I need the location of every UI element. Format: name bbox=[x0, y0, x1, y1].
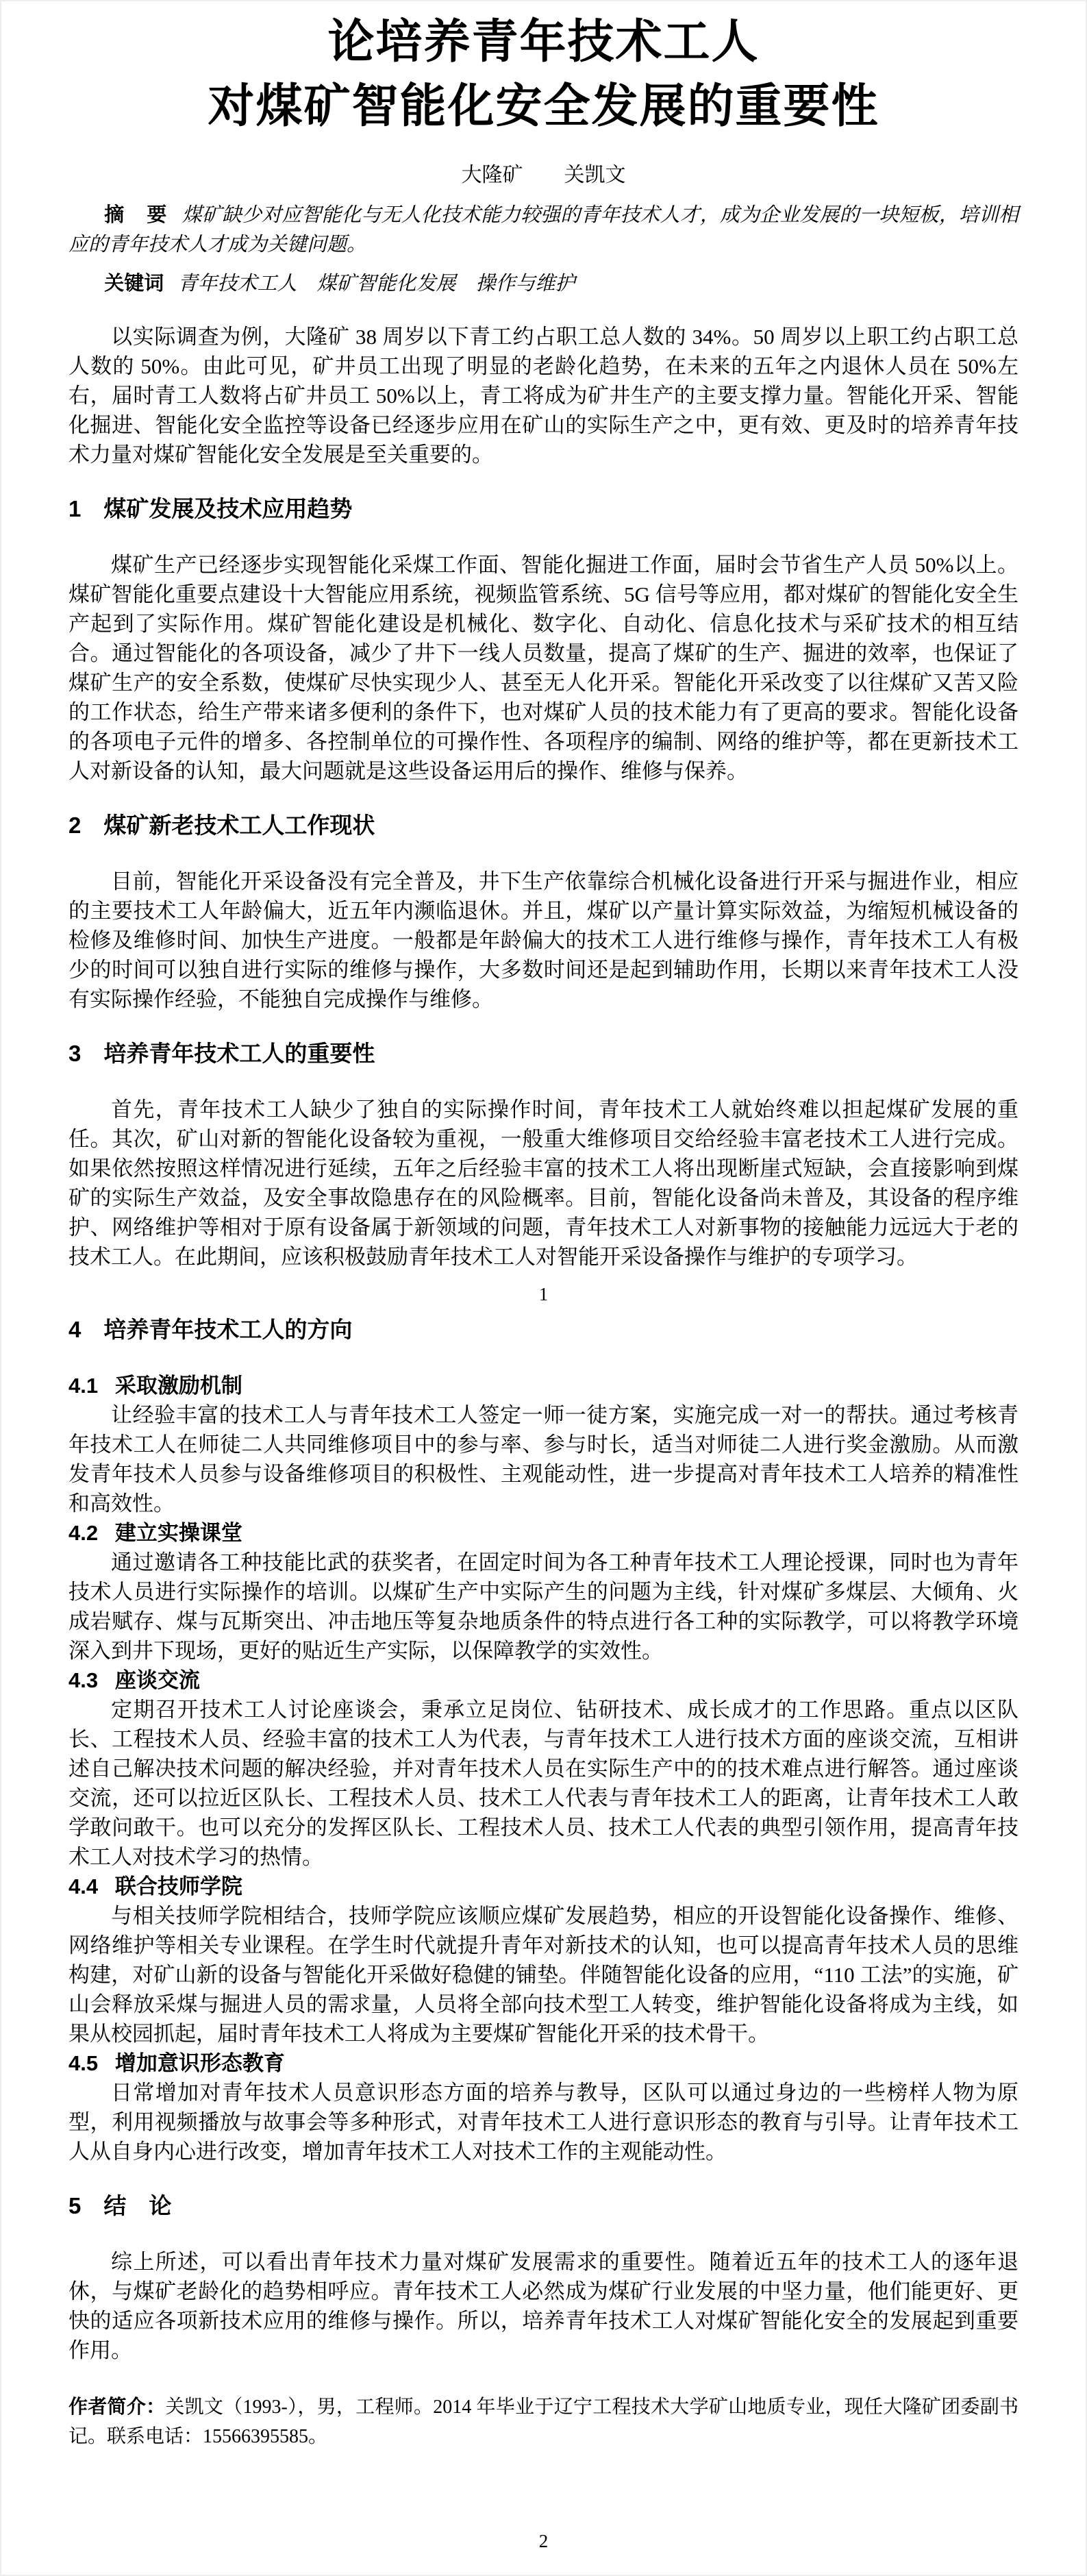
keywords-label: 关键词 bbox=[104, 273, 164, 295]
section-5-heading: 5结 论 bbox=[68, 2191, 1019, 2221]
section-4-4-paragraph: 与相关技师学院相结合，技师学院应该顺应煤矿发展趋势，相应的开设智能化设备操作、维… bbox=[68, 1901, 1019, 2048]
section-4-4-number: 4.4 bbox=[68, 1874, 98, 1898]
section-4-1-number: 4.1 bbox=[68, 1374, 98, 1398]
abstract-label: 摘 要 bbox=[104, 204, 168, 226]
keywords-text: 青年技术工人 煤矿智能化发展 操作与维护 bbox=[178, 273, 575, 295]
section-4-2-paragraph: 通过邀请各工种技能比武的获奖者，在固定时间为各工种青年技术工人理论授课，同时也为… bbox=[68, 1548, 1019, 1665]
section-4-title: 培养青年技术工人的方向 bbox=[103, 1317, 352, 1342]
section-1-paragraph: 煤矿生产已经逐步实现智能化采煤工作面、智能化掘进工作面，届时会节省生产人员 50… bbox=[68, 550, 1019, 786]
section-5-title: 结 论 bbox=[103, 2193, 171, 2218]
section-4-3-number: 4.3 bbox=[68, 1668, 98, 1692]
section-1-heading: 1煤矿发展及技术应用趋势 bbox=[68, 494, 1019, 524]
section-4-3-heading: 4.3座谈交流 bbox=[68, 1665, 1019, 1695]
section-1-number: 1 bbox=[68, 496, 81, 521]
author-bio-text: 关凯文（1993-），男，工程师。2014 年毕业于辽宁工程技术大学矿山地质专业… bbox=[68, 2397, 1019, 2447]
section-4-4-heading: 4.4联合技师学院 bbox=[68, 1872, 1019, 1901]
section-4-2-number: 4.2 bbox=[68, 1521, 98, 1545]
section-5-paragraph: 综上所述，可以看出青年技术力量对煤矿发展需求的重要性。随着近五年的技术工人的逐年… bbox=[68, 2247, 1019, 2365]
section-4-heading: 4培养青年技术工人的方向 bbox=[68, 1315, 1019, 1345]
section-3-paragraph: 首先，青年技术工人缺少了独自的实际操作时间，青年技术工人就始终难以担起煤矿发展的… bbox=[68, 1095, 1019, 1272]
section-5-number: 5 bbox=[68, 2193, 81, 2218]
document-page: 论培养青年技术工人 对煤矿智能化安全发展的重要性 大隆矿 关凯文 摘 要煤矿缺少… bbox=[0, 0, 1087, 2576]
section-4-3-title: 座谈交流 bbox=[115, 1668, 200, 1692]
paper-title-line2: 对煤矿智能化安全发展的重要性 bbox=[68, 74, 1019, 138]
section-4-number: 4 bbox=[68, 1317, 81, 1342]
abstract-paragraph: 摘 要煤矿缺少对应智能化与无人化技术能力较强的青年技术人才，成为企业发展的一块短… bbox=[68, 201, 1019, 260]
section-4-1-title: 采取激励机制 bbox=[115, 1374, 242, 1398]
section-4-4-title: 联合技师学院 bbox=[115, 1874, 242, 1898]
author-bio-label: 作者简介： bbox=[68, 2397, 165, 2418]
section-2-title: 煤矿新老技术工人工作现状 bbox=[103, 813, 375, 838]
section-3-number: 3 bbox=[68, 1041, 81, 1066]
section-4-5-number: 4.5 bbox=[68, 2051, 98, 2075]
author-bio: 作者简介：关凯文（1993-），男，工程师。2014 年毕业于辽宁工程技术大学矿… bbox=[68, 2392, 1019, 2451]
section-4-5-heading: 4.5增加意识形态教育 bbox=[68, 2048, 1019, 2078]
section-4-2-heading: 4.2建立实操课堂 bbox=[68, 1518, 1019, 1548]
authors-line: 大隆矿 关凯文 bbox=[68, 160, 1019, 190]
paper-title: 论培养青年技术工人 对煤矿智能化安全发展的重要性 bbox=[68, 10, 1019, 138]
section-4-1-paragraph: 让经验丰富的技术工人与青年技术工人签定一师一徒方案，实施完成一对一的帮扶。通过考… bbox=[68, 1400, 1019, 1518]
section-4-5-title: 增加意识形态教育 bbox=[115, 2051, 285, 2075]
abstract-text: 煤矿缺少对应智能化与无人化技术能力较强的青年技术人才，成为企业发展的一块短板，培… bbox=[68, 204, 1019, 256]
section-1-title: 煤矿发展及技术应用趋势 bbox=[103, 496, 352, 521]
intro-paragraph: 以实际调查为例，大隆矿 38 周岁以下青工约占职工总人数的 34%。50 周岁以… bbox=[68, 322, 1019, 469]
section-3-heading: 3培养青年技术工人的重要性 bbox=[68, 1039, 1019, 1069]
section-4-2-title: 建立实操课堂 bbox=[115, 1521, 242, 1545]
keywords-paragraph: 关键词青年技术工人 煤矿智能化发展 操作与维护 bbox=[68, 269, 1019, 299]
page-number-1: 1 bbox=[68, 1280, 1019, 1309]
document-content: 论培养青年技术工人 对煤矿智能化安全发展的重要性 大隆矿 关凯文 摘 要煤矿缺少… bbox=[68, 10, 1019, 2556]
section-4-5-paragraph: 日常增加对青年技术人员意识形态方面的培养与教导，区队可以通过身边的一些榜样人物为… bbox=[68, 2078, 1019, 2166]
section-2-paragraph: 目前，智能化开采设备没有完全普及，井下生产依靠综合机械化设备进行开采与掘进作业，… bbox=[68, 867, 1019, 1014]
section-4-3-paragraph: 定期召开技术工人讨论座谈会，秉承立足岗位、钻研技术、成长成才的工作思路。重点以区… bbox=[68, 1695, 1019, 1872]
section-3-title: 培养青年技术工人的重要性 bbox=[103, 1041, 375, 1066]
page-number-2: 2 bbox=[68, 2527, 1019, 2556]
section-4-1-heading: 4.1采取激励机制 bbox=[68, 1371, 1019, 1400]
paper-title-line1: 论培养青年技术工人 bbox=[68, 10, 1019, 74]
section-2-number: 2 bbox=[68, 813, 81, 838]
section-2-heading: 2煤矿新老技术工人工作现状 bbox=[68, 810, 1019, 841]
